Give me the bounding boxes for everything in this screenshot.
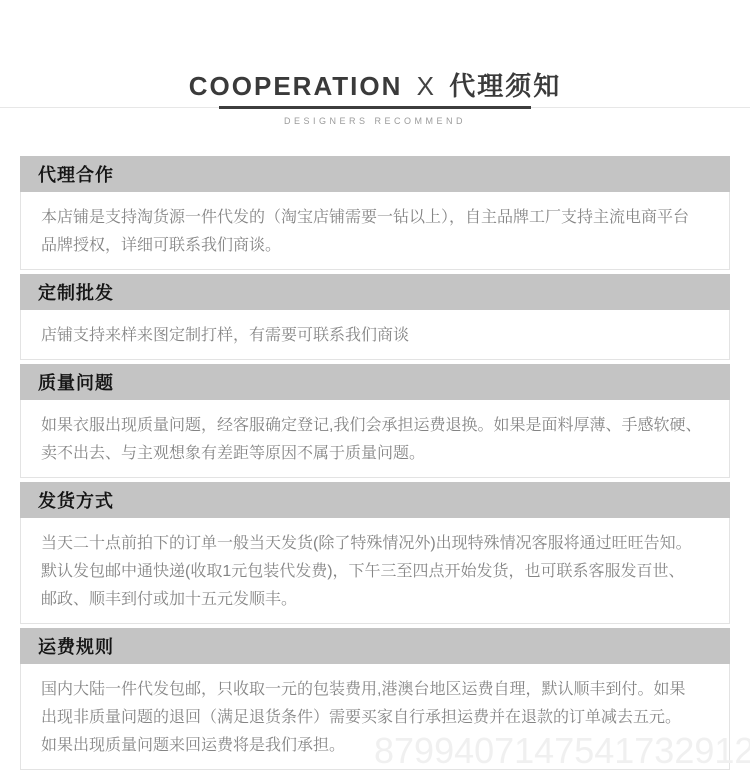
- section-custom-wholesale: 定制批发 店铺支持来样来图定制打样，有需要可联系我们商谈: [20, 274, 730, 360]
- title-block: COOPERATION X 代理须知 DESIGNERS RECOMMEND: [0, 0, 750, 126]
- section-header-shipping-fee-rules: 运费规则: [20, 628, 730, 664]
- section-header-agency-cooperation: 代理合作: [20, 156, 730, 192]
- section-agency-cooperation: 代理合作 本店铺是支持淘货源一件代发的（淘宝店铺需要一钻以上），自主品牌工厂支持…: [20, 156, 730, 270]
- section-body-shipping-fee-rules: 国内大陆一件代发包邮，只收取一元的包装费用,港澳台地区运费自理，默认顺丰到付。如…: [20, 664, 730, 770]
- section-title: 质量问题: [38, 369, 114, 395]
- section-title: 运费规则: [38, 633, 114, 659]
- notice-sections: 代理合作 本店铺是支持淘货源一件代发的（淘宝店铺需要一钻以上），自主品牌工厂支持…: [20, 156, 730, 770]
- section-body-shipping-method: 当天二十点前拍下的订单一般当天发货(除了特殊情况外)出现特殊情况客服将通过旺旺告…: [20, 518, 730, 624]
- page-subtitle: DESIGNERS RECOMMEND: [0, 116, 750, 126]
- section-quality-issues: 质量问题 如果衣服出现质量问题，经客服确定登记,我们会承担运费退换。如果是面料厚…: [20, 364, 730, 478]
- section-body-agency-cooperation: 本店铺是支持淘货源一件代发的（淘宝店铺需要一钻以上），自主品牌工厂支持主流电商平…: [20, 192, 730, 270]
- title-divider: [0, 106, 750, 109]
- section-title: 代理合作: [38, 161, 114, 187]
- section-shipping-fee-rules: 运费规则 国内大陆一件代发包邮，只收取一元的包装费用,港澳台地区运费自理，默认顺…: [20, 628, 730, 770]
- cooperation-notice-page: COOPERATION X 代理须知 DESIGNERS RECOMMEND 代…: [0, 0, 750, 774]
- section-header-shipping-method: 发货方式: [20, 482, 730, 518]
- divider-dark-line: [219, 106, 531, 109]
- page-title-separator: X: [411, 71, 441, 101]
- section-body-custom-wholesale: 店铺支持来样来图定制打样，有需要可联系我们商谈: [20, 310, 730, 360]
- page-title: COOPERATION X 代理须知: [0, 70, 750, 102]
- page-title-cn: 代理须知: [449, 71, 561, 101]
- section-header-custom-wholesale: 定制批发: [20, 274, 730, 310]
- section-title: 定制批发: [38, 279, 114, 305]
- section-shipping-method: 发货方式 当天二十点前拍下的订单一般当天发货(除了特殊情况外)出现特殊情况客服将…: [20, 482, 730, 624]
- section-body-quality-issues: 如果衣服出现质量问题，经客服确定登记,我们会承担运费退换。如果是面料厚薄、手感软…: [20, 400, 730, 478]
- section-header-quality-issues: 质量问题: [20, 364, 730, 400]
- page-title-en: COOPERATION: [189, 71, 403, 101]
- section-title: 发货方式: [38, 487, 114, 513]
